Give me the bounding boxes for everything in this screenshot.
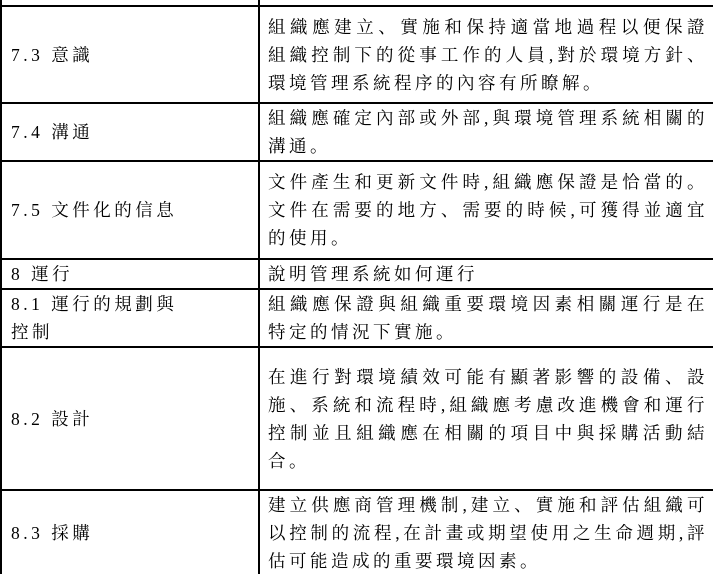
table-row: 8 運行 說明管理系統如何運行 [1,259,713,289]
clause-cell: 8 運行 [1,259,259,289]
table-row: 7.5 文件化的信息 文件產生和更新文件時,組織應保證是恰當的。文件在需要的地方… [1,161,713,259]
clause-cell: 8.2 設計 [1,347,259,490]
clause-cell: 7.5 文件化的信息 [1,161,259,259]
description-cell: 說明管理系統如何運行 [259,259,713,289]
table-row: 7.3 意識 組織應建立、實施和保持適當地過程以便保證組織控制下的從事工作的人員… [1,6,713,103]
table-row: 7.4 溝通 組織應確定內部或外部,與環境管理系統相關的溝通。 [1,103,713,161]
clause-cell: 7.4 溝通 [1,103,259,161]
clause-cell: 8.3 採購 [1,490,259,574]
description-cell: 組織應建立、實施和保持適當地過程以便保證組織控制下的從事工作的人員,對於環境方針… [259,6,713,103]
clause-table: 7.3 意識 組織應建立、實施和保持適當地過程以便保證組織控制下的從事工作的人員… [0,0,713,574]
description-cell: 組織應保證與組織重要環境因素相關運行是在特定的情況下實施。 [259,289,713,347]
description-cell: 建立供應商管理機制,建立、實施和評估組織可以控制的流程,在計畫或期望使用之生命週… [259,490,713,574]
table-row: 8.2 設計 在進行對環境績效可能有顯著影響的設備、設施、系統和流程時,組織應考… [1,347,713,490]
clause-cell: 7.3 意識 [1,6,259,103]
table-row: 8.3 採購 建立供應商管理機制,建立、實施和評估組織可以控制的流程,在計畫或期… [1,490,713,574]
description-cell: 組織應確定內部或外部,與環境管理系統相關的溝通。 [259,103,713,161]
description-cell: 文件產生和更新文件時,組織應保證是恰當的。文件在需要的地方、需要的時候,可獲得並… [259,161,713,259]
table-row: 8.1 運行的規劃與 控制 組織應保證與組織重要環境因素相關運行是在特定的情況下… [1,289,713,347]
document-page: 7.3 意識 組織應建立、實施和保持適當地過程以便保證組織控制下的從事工作的人員… [0,0,713,574]
clause-cell: 8.1 運行的規劃與 控制 [1,289,259,347]
description-cell: 在進行對環境績效可能有顯著影響的設備、設施、系統和流程時,組織應考慮改進機會和運… [259,347,713,490]
